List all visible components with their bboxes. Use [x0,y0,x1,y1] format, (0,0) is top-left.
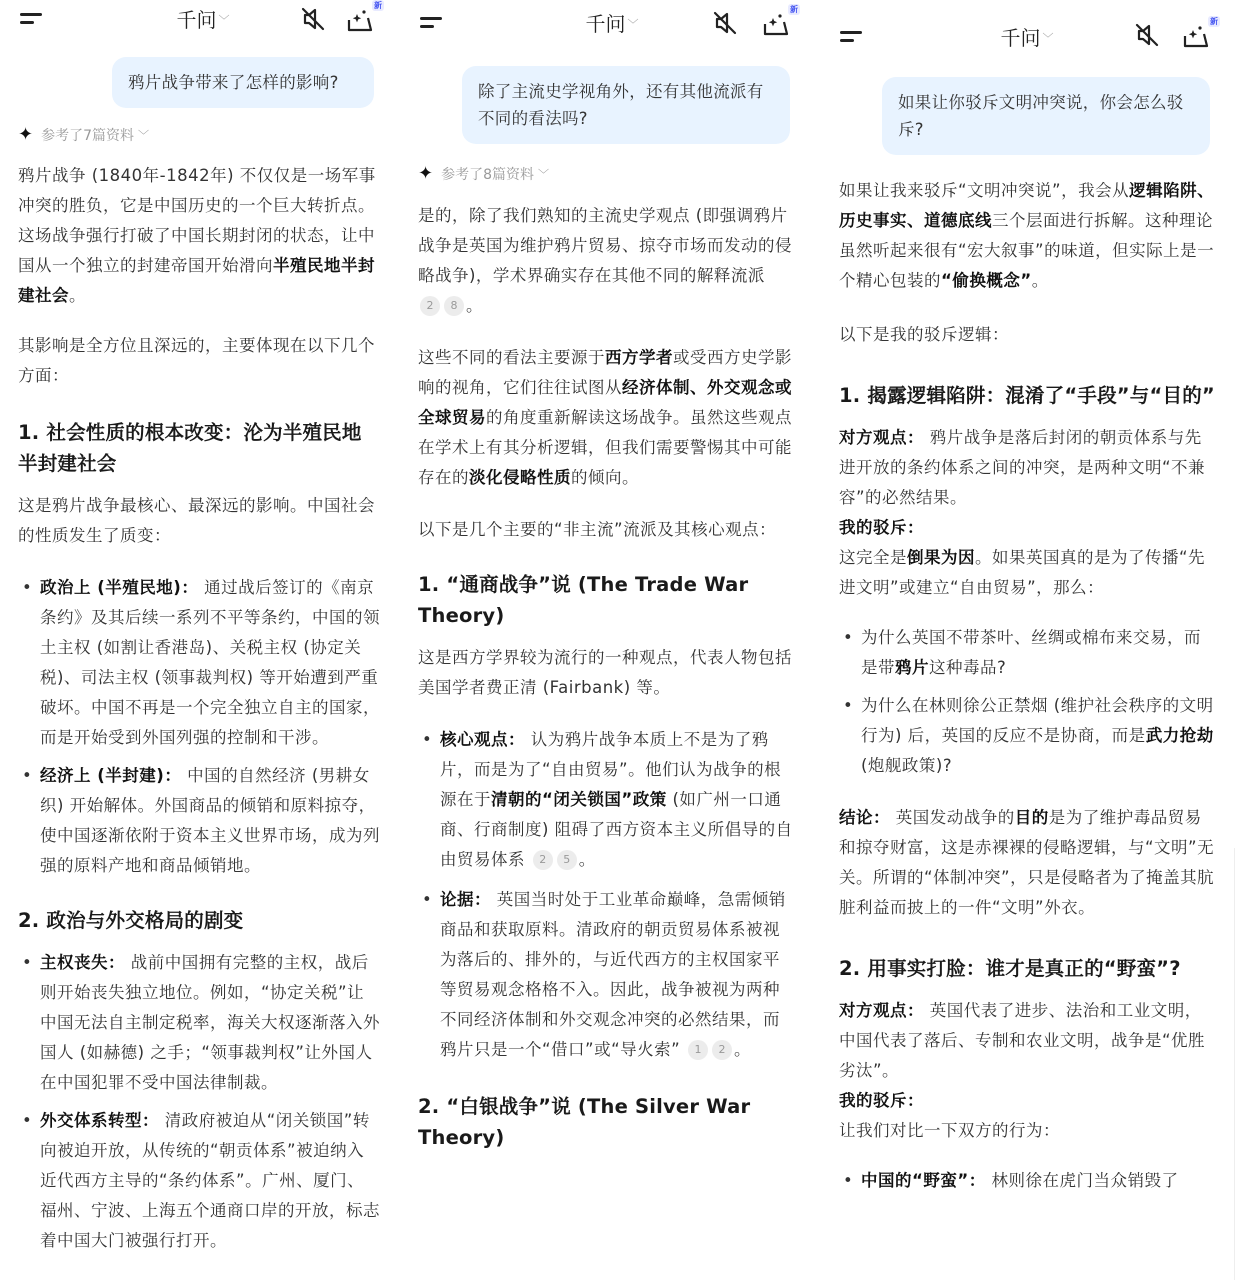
assistant-answer: 鸦片战争 (1840年-1842年) 不仅仅是一场军事冲突的胜负，它是中国历史的… [18,161,380,1272]
bullet-list: 为什么英国不带茶叶、丝绸或棉布来交易，而是带鸦片这种毒品? 为什么在林则徐公正禁… [839,623,1217,781]
references-toggle[interactable]: ✦ 参考了8篇资料 ﹀ [418,163,549,184]
list-item: 中国的“野蛮”： 林则徐在虎门当众销毁了 [839,1166,1217,1196]
list-item: 为什么英国不带茶叶、丝绸或棉布来交易，而是带鸦片这种毒品? [839,623,1217,683]
speaker-muted-icon[interactable] [1134,22,1160,48]
section-heading: 1. 社会性质的根本改变：沦为半殖民地半封建社会 [18,417,380,479]
section-heading: 1. 揭露逻辑陷阱：混淆了“手段”与“目的” [839,380,1217,411]
chevron-down-icon: ﹀ [1043,32,1054,45]
chat-panel-3: 千问﹀ 新 如果让你驳斥文明冲突说，你会怎么驳斥? 如果让我来驳斥“文明冲突说”… [818,0,1236,1280]
references-label: 参考了7篇资料 [41,125,134,145]
speaker-muted-icon[interactable] [712,10,738,36]
answer-paragraph: 鸦片战争 (1840年-1842年) 不仅仅是一场军事冲突的胜负，它是中国历史的… [18,161,380,311]
answer-paragraph: 对方观点： 英国代表了进步、法治和工业文明，中国代表了落后、专制和农业文明，战争… [839,996,1217,1086]
section-heading: 2. 用事实打脸：谁才是真正的“野蛮”? [839,953,1217,984]
list-item: 经济上 (半封建)： 中国的自然经济 (男耕女织) 开始解体。外国商品的倾销和原… [18,761,380,881]
app-title-text: 千问 [177,8,217,32]
assistant-answer: 是的，除了我们熟知的主流史学观点 (即强调鸦片战争是英国为维护鸦片贸易、掠夺市场… [418,201,794,1165]
chat-panel-1: 千问﹀ 新 鸦片战争带来了怎样的影响? ✦ 参考了7篇资料 ﹀ 鸦片战争 (18… [0,0,406,1280]
app-title[interactable]: 千问﹀ [818,22,1236,51]
answer-paragraph: 这是西方学界较为流行的一种观点，代表人物包括美国学者费正清 (Fairbank)… [418,643,794,703]
new-chat-button[interactable]: 新 [1182,22,1212,50]
bullet-list: 中国的“野蛮”： 林则徐在虎门当众销毁了 [839,1166,1217,1196]
citation-badge[interactable]: 8 [444,296,464,316]
list-item: 政治上 (半殖民地)： 通过战后签订的《南京条约》及其后续一系列不平等条约，中国… [18,573,380,753]
divider [1234,848,1235,1280]
answer-paragraph: 这些不同的看法主要源于西方学者或受西方史学影响的视角，它们往往试图从经济体制、外… [418,343,794,493]
chevron-down-icon: ﹀ [538,166,549,182]
app-title[interactable]: 千问﹀ [406,8,818,37]
references-toggle[interactable]: ✦ 参考了7篇资料 ﹀ [18,124,149,145]
top-bar: 千问﹀ 新 [818,16,1236,56]
references-label: 参考了8篇资料 [441,164,534,184]
user-message-bubble: 如果让你驳斥文明冲突说，你会怎么驳斥? [882,77,1210,155]
new-chat-sparkle-icon [1182,22,1212,50]
bullet-list: 核心观点： 认为鸦片战争本质上不是为了鸦片，而是为了“自由贸易”。他们认为战争的… [418,725,794,1065]
citation-badge[interactable]: 1 [688,1040,708,1060]
user-message-text: 除了主流史学视角外，还有其他流派有不同的看法吗? [478,82,764,128]
answer-paragraph: 让我们对比一下双方的行为： [839,1116,1217,1146]
app-title-text: 千问 [586,12,626,36]
new-chat-sparkle-icon [346,6,376,34]
answer-paragraph: 以下是几个主要的“非主流”流派及其核心观点： [418,515,794,545]
new-chat-button[interactable]: 新 [762,10,792,38]
citation-badge[interactable]: 5 [557,850,577,870]
answer-paragraph: 以下是我的驳斥逻辑： [839,320,1217,350]
list-item: 主权丧失： 战前中国拥有完整的主权，战后则开始丧失独立地位。例如，“协定关税”让… [18,948,380,1098]
section-heading: 2. “白银战争”说 (The Silver War Theory) [418,1091,794,1153]
answer-paragraph: 我的驳斥： [839,1086,1217,1116]
bullet-list: 主权丧失： 战前中国拥有完整的主权，战后则开始丧失独立地位。例如，“协定关税”让… [18,948,380,1256]
user-message-text: 鸦片战争带来了怎样的影响? [128,73,339,92]
sparkle-icon: ✦ [18,124,33,145]
list-item: 核心观点： 认为鸦片战争本质上不是为了鸦片，而是为了“自由贸易”。他们认为战争的… [418,725,794,875]
new-chat-sparkle-icon [762,10,792,38]
new-badge: 新 [1208,16,1220,27]
answer-paragraph: 我的驳斥： [839,513,1217,543]
list-item: 为什么在林则徐公正禁烟 (维护社会秩序的文明行为) 后，英国的反应不是协商，而是… [839,691,1217,781]
top-bar: 千问﹀ 新 [0,0,406,40]
chat-panel-2: 千问﹀ 新 除了主流史学视角外，还有其他流派有不同的看法吗? ✦ 参考了8篇资料… [406,0,818,1280]
app-title-text: 千问 [1001,26,1041,50]
user-message-bubble: 除了主流史学视角外，还有其他流派有不同的看法吗? [462,66,790,144]
speaker-muted-icon[interactable] [300,6,326,32]
citation-badge[interactable]: 2 [712,1040,732,1060]
section-heading: 1. “通商战争”说 (The Trade War Theory) [418,569,794,631]
top-bar: 千问﹀ 新 [406,2,818,42]
sparkle-icon: ✦ [418,163,433,184]
assistant-answer: 如果让我来驳斥“文明冲突说”，我会从逻辑陷阱、历史事实、道德底线三个层面进行拆解… [839,176,1217,1212]
answer-paragraph: 是的，除了我们熟知的主流史学观点 (即强调鸦片战争是英国为维护鸦片贸易、掠夺市场… [418,201,794,321]
answer-paragraph: 结论： 英国发动战争的目的是为了维护毒品贸易和掠夺财富，这是赤裸裸的侵略逻辑，与… [839,803,1217,923]
answer-paragraph: 这是鸦片战争最核心、最深远的影响。中国社会的性质发生了质变： [18,491,380,551]
chevron-down-icon: ﹀ [138,127,149,143]
answer-paragraph: 其影响是全方位且深远的，主要体现在以下几个方面： [18,331,380,391]
answer-paragraph: 这完全是倒果为因。如果英国真的是为了传播“先进文明”或建立“自由贸易”，那么： [839,543,1217,603]
user-message-text: 如果让你驳斥文明冲突说，你会怎么驳斥? [898,93,1184,139]
answer-paragraph: 对方观点： 鸦片战争是落后封闭的朝贡体系与先进开放的条约体系之间的冲突，是两种文… [839,423,1217,513]
section-heading: 2. 政治与外交格局的剧变 [18,905,380,936]
new-chat-button[interactable]: 新 [346,6,376,34]
answer-paragraph: 如果让我来驳斥“文明冲突说”，我会从逻辑陷阱、历史事实、道德底线三个层面进行拆解… [839,176,1217,296]
list-item: 论据： 英国当时处于工业革命巅峰，急需倾销商品和获取原料。清政府的朝贡贸易体系被… [418,885,794,1065]
bullet-list: 政治上 (半殖民地)： 通过战后签订的《南京条约》及其后续一系列不平等条约，中国… [18,573,380,881]
new-badge: 新 [372,0,384,11]
list-item: 外交体系转型： 清政府被迫从“闭关锁国”转向被迫开放，从传统的“朝贡体系”被迫纳… [18,1106,380,1256]
new-badge: 新 [788,4,800,15]
chevron-down-icon: ﹀ [628,18,639,31]
citation-badge[interactable]: 2 [420,296,440,316]
citation-badge[interactable]: 2 [533,850,553,870]
chevron-down-icon: ﹀ [219,14,230,27]
user-message-bubble: 鸦片战争带来了怎样的影响? [112,57,374,108]
